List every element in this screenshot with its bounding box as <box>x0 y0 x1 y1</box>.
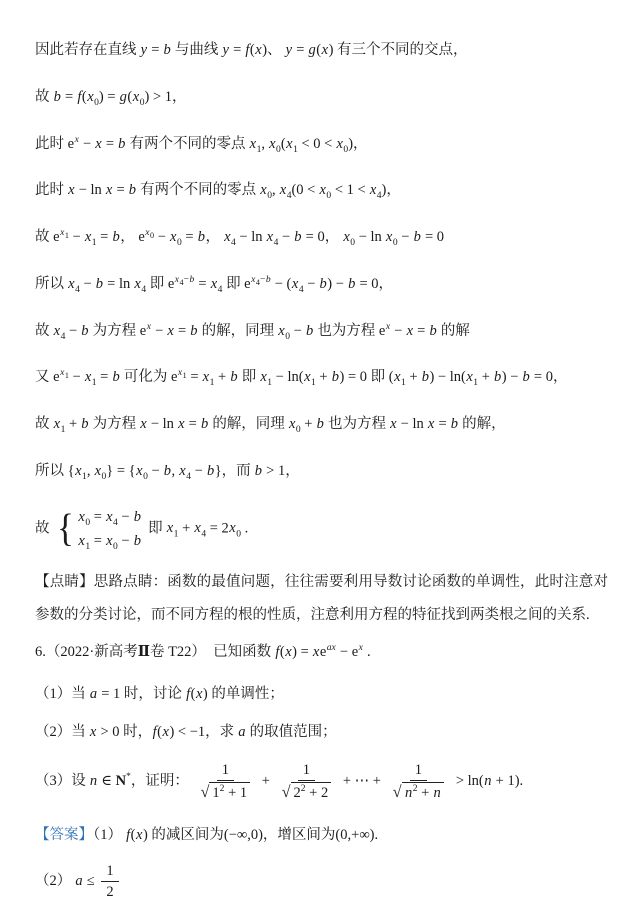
math-variable: x <box>312 644 319 660</box>
answer-part-2: （2） a ≤ 12 <box>35 862 608 901</box>
math-variable: x <box>75 463 82 479</box>
math-variable: x <box>53 323 60 339</box>
math-variable: x <box>266 229 273 245</box>
solution-line-3: 此时 ex − x = b 有两个不同的零点 x1, x0(x1 < 0 < x… <box>35 134 608 156</box>
math-variable: x <box>210 276 217 292</box>
math-variable: b <box>53 89 61 105</box>
bold-text: Ⅱ <box>138 644 150 660</box>
solution-line-1: 因此若存在直线 y = b 与曲线 y = f(x)、 y = g(x) 有三个… <box>35 40 608 62</box>
math-variable: x <box>167 323 174 339</box>
math-variable: x <box>94 463 101 479</box>
document-page: 因此若存在直线 y = b 与曲线 y = f(x)、 y = g(x) 有三个… <box>0 0 642 907</box>
problem-6-title: 6.（2022·新高考Ⅱ卷 T22） 已知函数 f(x) = xeax − ex… <box>35 642 608 664</box>
math-variable: ax <box>326 642 336 653</box>
math-variable: b <box>413 229 421 245</box>
fraction: 1√n2 + n <box>388 761 450 802</box>
math-variable: x <box>285 644 292 660</box>
math-variable: x <box>162 724 169 740</box>
math-variable: b <box>118 136 126 152</box>
math-variable: x <box>106 533 113 549</box>
math-variable: b <box>190 323 198 339</box>
math-variable: n <box>484 773 492 789</box>
math-variable: b <box>112 369 120 385</box>
remark-paragraph: 【点睛】思路点睛：函数的最值问题，往往需要利用导数讨论函数的单调性，此时注意对参… <box>35 566 608 632</box>
math-variable: b <box>189 274 195 285</box>
math-variable: b <box>522 369 530 385</box>
math-variable: x <box>136 463 143 479</box>
math-variable: b <box>305 323 313 339</box>
math-variable: x <box>195 686 202 702</box>
math-variable: b <box>163 42 171 58</box>
math-variable: x <box>394 369 401 385</box>
math-variable: b <box>331 369 339 385</box>
math-variable: x <box>269 136 276 152</box>
math-variable: x <box>358 642 363 653</box>
math-variable: b <box>230 369 238 385</box>
math-variable: x <box>321 42 328 58</box>
math-variable: b <box>81 416 89 432</box>
math-variable: b <box>197 229 205 245</box>
left-brace: { <box>57 511 74 546</box>
fraction: 1√12 + 1 <box>196 761 256 802</box>
solution-line-2: 故 b = f(x0) = g(x0) > 1， <box>35 87 608 109</box>
solution-line-7: 故 x4 − b 为方程 ex − x = b 的解，同理 x0 − b 也为方… <box>35 321 608 343</box>
math-variable: n <box>89 773 97 789</box>
math-variable: x <box>369 182 376 198</box>
math-variable: x <box>224 229 231 245</box>
answer-label: 【答案】 <box>35 827 93 843</box>
math-variable: x <box>178 416 185 432</box>
math-variable: f <box>245 42 250 58</box>
math-variable: f <box>275 644 280 660</box>
math-variable: x <box>87 89 94 105</box>
math-variable: x <box>140 416 147 432</box>
fraction: 1√22 + 2 <box>277 761 337 802</box>
math-variable: x <box>106 509 113 525</box>
radical: √12 + 1 <box>201 785 251 801</box>
math-variable: x <box>136 827 143 843</box>
math-variable: b <box>494 369 502 385</box>
math-variable: b <box>254 463 262 479</box>
math-variable: a <box>89 686 97 702</box>
math-variable: b <box>133 533 141 549</box>
math-variable: x <box>385 229 392 245</box>
math-variable: b <box>128 182 136 198</box>
bold-text: N <box>116 773 126 789</box>
problem-6-part-1: （1）当 a = 1 时，讨论 f(x) 的单调性； <box>35 684 608 706</box>
math-variable: b <box>133 509 141 525</box>
math-variable: b <box>81 323 89 339</box>
math-variable: f <box>126 827 131 843</box>
radical: √22 + 2 <box>282 785 332 801</box>
math-variable: x <box>95 136 102 152</box>
math-variable: x <box>291 276 298 292</box>
solution-line-4: 此时 x − ln x = b 有两个不同的零点 x0, x4(0 < x0 <… <box>35 180 608 202</box>
math-variable: x <box>279 182 286 198</box>
math-variable: x <box>249 136 256 152</box>
math-variable: x <box>89 724 96 740</box>
problem-6-part-3: （3）设 n ∈ N*，证明： 1√12 + 1 + 1√22 + 2 + ⋯ … <box>35 761 608 802</box>
math-variable: b <box>200 416 208 432</box>
math-variable: x <box>74 134 79 145</box>
math-variable: f <box>186 686 191 702</box>
math-variable: x <box>390 416 397 432</box>
math-variable: b <box>316 416 324 432</box>
math-variable: y <box>222 42 229 58</box>
solution-line-11: 故 {x0 = x4 − bx1 = x0 − b 即 x1 + x4 = 2x… <box>35 508 608 550</box>
math-variable: x <box>53 416 60 432</box>
math-variable: b <box>206 463 214 479</box>
answer-part-1: 【答案】（1） f(x) 的减区间为(−∞,0)，增区间为(0,+∞). <box>35 825 608 847</box>
math-variable: x <box>304 369 311 385</box>
math-variable: x <box>255 42 262 58</box>
solution-line-8: 又 ex1 − x1 = b 可化为 ex1 = x1 + b 即 x1 − l… <box>35 367 608 389</box>
math-variable: b <box>348 276 356 292</box>
math-variable: b <box>450 416 458 432</box>
math-variable: x <box>84 369 91 385</box>
math-variable: b <box>163 463 171 479</box>
math-variable: b <box>319 276 327 292</box>
math-variable: b <box>265 274 271 285</box>
math-variable: b <box>112 229 120 245</box>
solution-line-6: 所以 x4 − b = ln x4 即 ex4−b = x4 即 ex4−b −… <box>35 274 608 296</box>
solution-line-10: 所以 {x1, x0} = {x0 − b, x4 − b}，而 b > 1， <box>35 461 608 483</box>
math-variable: x <box>427 416 434 432</box>
math-variable: x <box>385 321 390 332</box>
document-body: 因此若存在直线 y = b 与曲线 y = f(x)、 y = g(x) 有三个… <box>35 40 608 902</box>
math-variable: x <box>68 182 75 198</box>
solution-line-9: 故 x1 + b 为方程 x − ln x = b 的解，同理 x0 + b 也… <box>35 414 608 436</box>
math-variable: x <box>84 229 91 245</box>
math-variable: y <box>285 42 292 58</box>
math-variable: g <box>308 42 316 58</box>
math-variable: x <box>68 276 75 292</box>
math-variable: x <box>166 520 173 536</box>
math-variable: x <box>202 369 209 385</box>
problem-6-part-2: （2）当 x > 0 时，f(x) < −1，求 a 的取值范围； <box>35 722 608 744</box>
equation-system: {x0 = x4 − bx1 = x0 − b <box>56 508 141 550</box>
math-variable: n <box>433 785 441 801</box>
math-variable: x <box>170 229 177 245</box>
math-variable: f <box>152 724 157 740</box>
math-variable: f <box>77 89 82 105</box>
math-variable: b <box>95 276 103 292</box>
solution-line-5: 故 ex1 − x1 = b， ex0 − x0 = b， x4 − ln x4… <box>35 227 608 249</box>
math-variable: x <box>132 89 139 105</box>
radical: √n2 + n <box>393 785 445 801</box>
math-variable: g <box>119 89 127 105</box>
math-variable: x <box>105 182 112 198</box>
math-variable: x <box>288 416 295 432</box>
math-variable: y <box>140 42 147 58</box>
math-variable: n <box>405 785 413 801</box>
math-variable: b <box>421 369 429 385</box>
math-variable: b <box>429 323 437 339</box>
math-variable: x <box>146 321 151 332</box>
math-variable: b <box>294 229 302 245</box>
math-variable: x <box>406 323 413 339</box>
math-variable: a <box>238 724 246 740</box>
math-variable: x <box>286 136 293 152</box>
fraction: 12 <box>101 862 118 901</box>
math-variable: a <box>75 873 83 889</box>
